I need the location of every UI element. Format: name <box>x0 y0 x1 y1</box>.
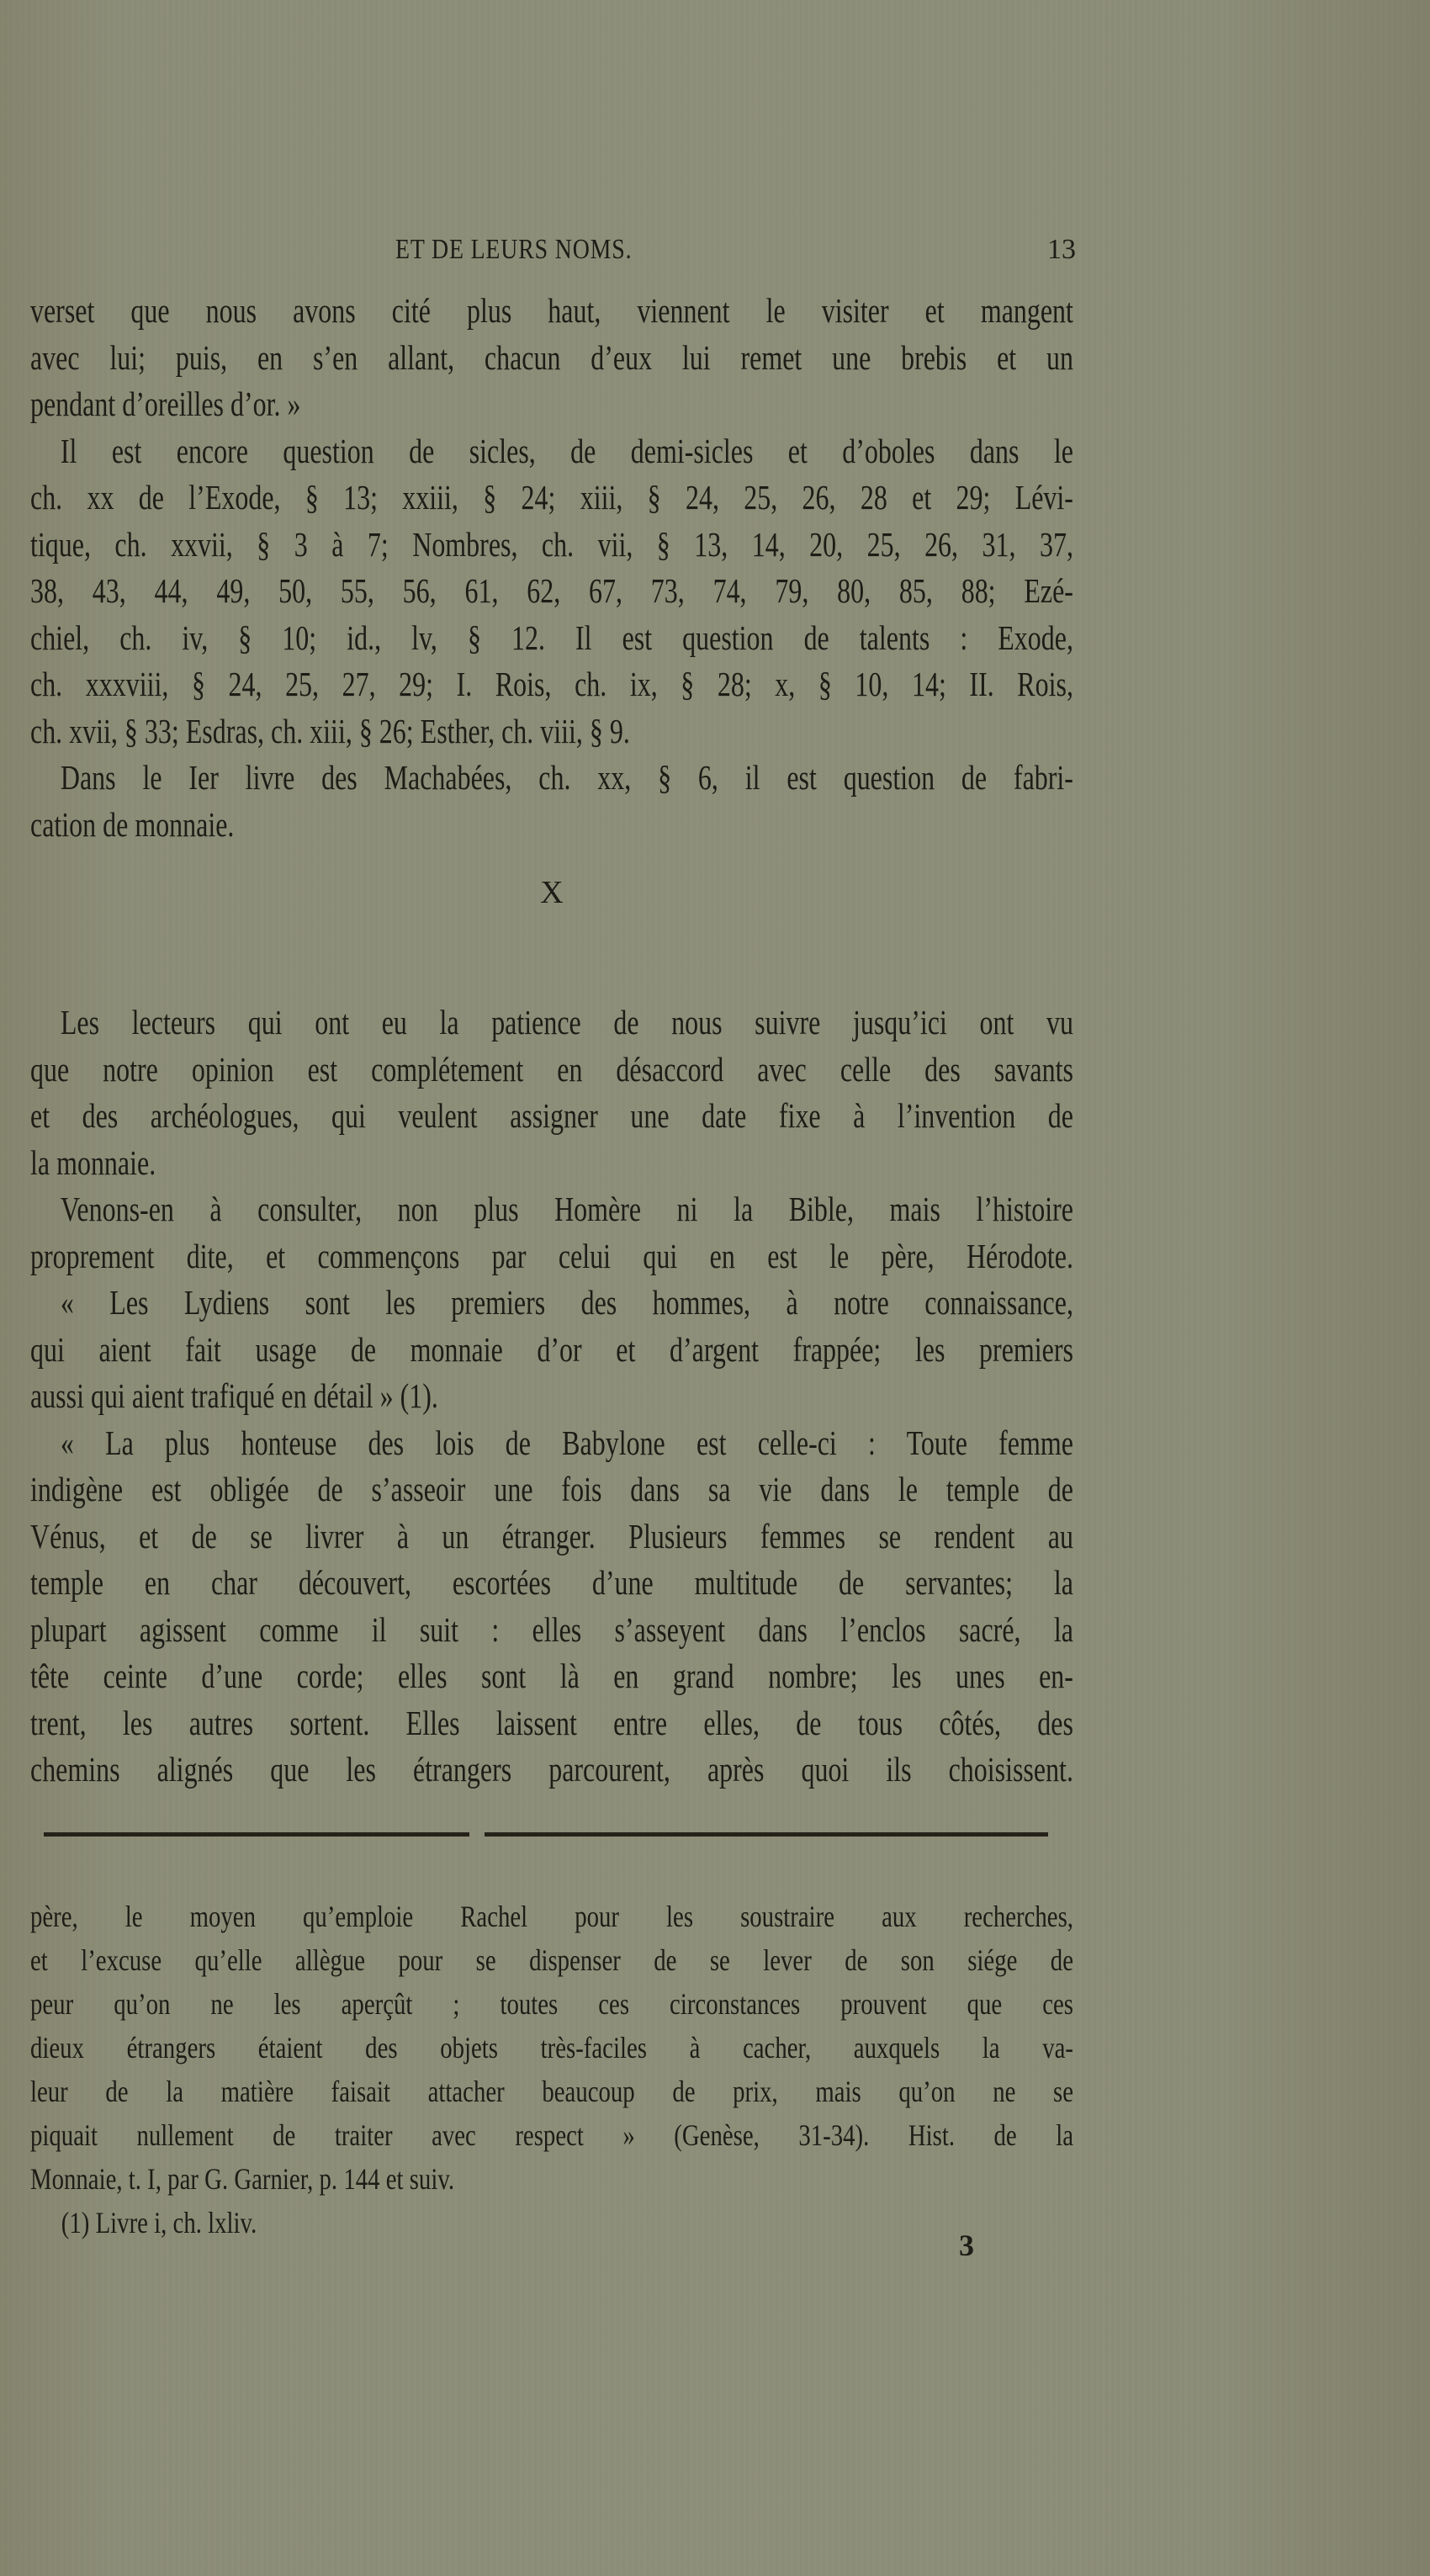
signature-mark: 3 <box>959 2228 974 2263</box>
text-line: 38, 43, 44, 49, 50, 55, 56, 61, 62, 67, … <box>30 568 1073 615</box>
paragraph: Les lecteurs qui ont eu la patience de n… <box>30 999 1073 1186</box>
footnote-line: piquait nullement de traiter avec respec… <box>30 2113 1073 2157</box>
footnote-1: (1) Livre i, ch. lxliv. <box>30 2201 1073 2245</box>
text-line: verset que nous avons cité plus haut, vi… <box>30 288 1073 335</box>
paragraph: Venons-en à consulter, non plus Homère n… <box>30 1186 1073 1280</box>
paragraph: verset que nous avons cité plus haut, vi… <box>30 288 1073 428</box>
text-line: trent, les autres sortent. Elles laissen… <box>30 1700 1073 1747</box>
text-line: aussi qui aient trafiqué en détail » (1)… <box>30 1373 1073 1420</box>
footnote-line: peur qu’on ne les aperçût ; toutes ces c… <box>30 1982 1073 2026</box>
footnote-line: leur de la matière faisait attacher beau… <box>30 2070 1073 2113</box>
text-line: plupart agissent comme il suit : elles s… <box>30 1607 1073 1654</box>
text-line: proprement dite, et commençons par celui… <box>30 1233 1073 1280</box>
text-line: ch. xvii, § 33; Esdras, ch. xiii, § 26; … <box>30 708 1073 755</box>
running-header: ET DE LEURS NOMS. 13 <box>0 234 1085 271</box>
text-line: ch. xx de l’Exode, § 13; xxiii, § 24; xi… <box>30 474 1073 522</box>
text-line: Vénus, et de se livrer à un étranger. Pl… <box>30 1513 1073 1561</box>
paragraph: « La plus honteuse des lois de Babylone … <box>30 1420 1073 1794</box>
text-line: ch. xxxviii, § 24, 25, 27, 29; I. Rois, … <box>30 661 1073 708</box>
text-line: tête ceinte d’une corde; elles sont là e… <box>30 1653 1073 1700</box>
text-line: que notre opinion est complétement en dé… <box>30 1047 1073 1094</box>
text-line: temple en char découvert, escortées d’un… <box>30 1560 1073 1607</box>
text-line: Venons-en à consulter, non plus Homère n… <box>30 1186 1073 1233</box>
text-line: pendant d’oreilles d’or. » <box>30 381 1073 428</box>
footnote-line: et l’excuse qu’elle allègue pour se disp… <box>30 1938 1073 1982</box>
text-line: « La plus honteuse des lois de Babylone … <box>30 1420 1073 1467</box>
footnote-line: dieux étrangers étaient des objets très-… <box>30 2026 1073 2070</box>
text-line: Les lecteurs qui ont eu la patience de n… <box>30 999 1073 1047</box>
text-line: chemins alignés que les étrangers parcou… <box>30 1746 1073 1794</box>
footnote-rule <box>44 1832 469 1837</box>
page-number: 13 <box>1047 234 1076 266</box>
text-line: indigène est obligée de s’asseoir une fo… <box>30 1466 1073 1513</box>
footnotes: père, le moyen qu’emploie Rachel pour le… <box>30 1895 1073 2245</box>
text-line: avec lui; puis, en s’en allant, chacun d… <box>30 335 1073 382</box>
text-line: chiel, ch. iv, § 10; id., lv, § 12. Il e… <box>30 615 1073 662</box>
text-line: Dans le Ier livre des Machabées, ch. xx,… <box>30 755 1073 802</box>
body-text: verset que nous avons cité plus haut, vi… <box>30 288 1073 1794</box>
text-line: la monnaie. <box>30 1140 1073 1187</box>
paragraph: Dans le Ier livre des Machabées, ch. xx,… <box>30 755 1073 848</box>
section-break: X <box>30 848 1073 999</box>
running-title: ET DE LEURS NOMS. <box>395 234 632 266</box>
footnote-line: Monnaie, t. I, par G. Garnier, p. 144 et… <box>30 2157 1073 2201</box>
text-line: Il est encore question de sicles, de dem… <box>30 428 1073 475</box>
text-line: cation de monnaie. <box>30 802 1073 849</box>
footnote-line: père, le moyen qu’emploie Rachel pour le… <box>30 1895 1073 1938</box>
paragraph: « Les Lydiens sont les premiers des homm… <box>30 1280 1073 1420</box>
text-line: « Les Lydiens sont les premiers des homm… <box>30 1280 1073 1327</box>
scanned-book-page: ET DE LEURS NOMS. 13 verset que nous avo… <box>0 0 1430 2576</box>
paragraph: Il est encore question de sicles, de dem… <box>30 428 1073 755</box>
text-line: et des archéologues, qui veulent assigne… <box>30 1093 1073 1140</box>
text-line: qui aient fait usage de monnaie d’or et … <box>30 1327 1073 1374</box>
footnote-rule <box>485 1832 1048 1837</box>
text-line: tique, ch. xxvii, § 3 à 7; Nombres, ch. … <box>30 522 1073 569</box>
section-numeral: X <box>30 870 1073 917</box>
